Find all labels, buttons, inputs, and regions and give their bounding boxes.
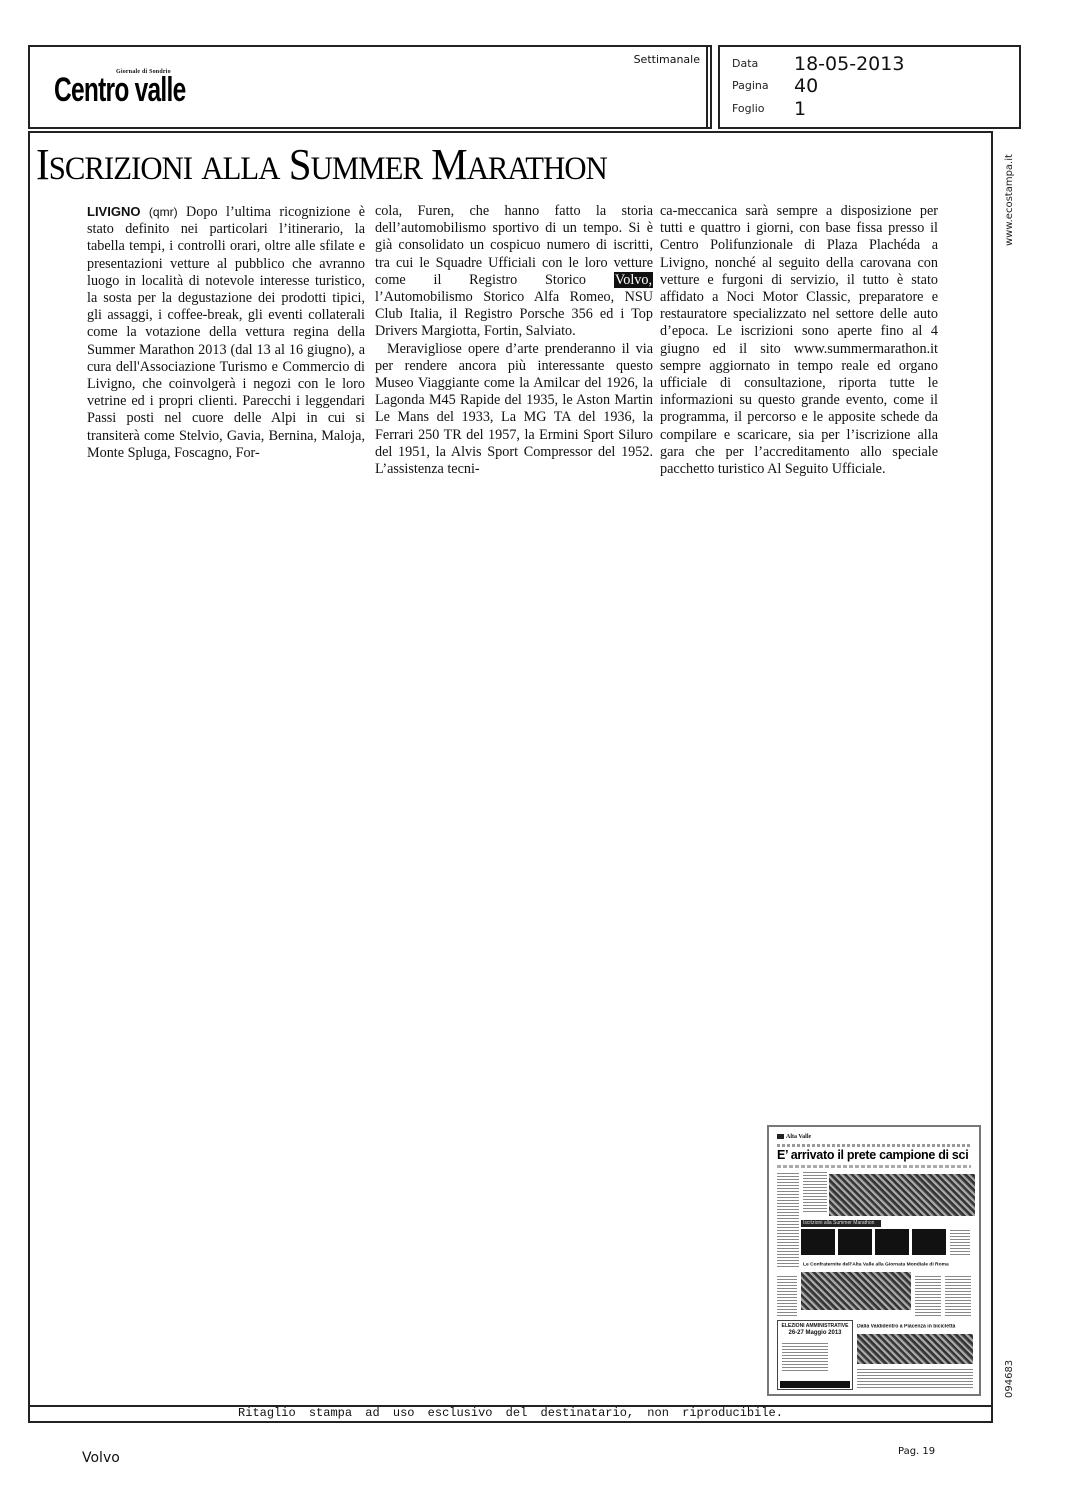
thumbnail-text-block	[803, 1172, 827, 1212]
column-text: ca-meccanica sarà sempre a disposizione …	[660, 203, 938, 477]
divider	[706, 47, 708, 127]
page-number: Pag. 19	[898, 1446, 935, 1457]
headline-part: SCRIZIONI	[49, 151, 192, 187]
article-column-1: LIVIGNO (qmr) Dopo l’ultima ricognizione…	[87, 203, 365, 462]
newspaper-logo: Giornale di Sondrio Centro valle	[54, 73, 237, 107]
article-column-2: cola, Furen, che hanno fatto la storia d…	[375, 203, 653, 478]
thumbnail-dark-block	[838, 1229, 872, 1255]
thumbnail-dark-block	[875, 1229, 909, 1255]
meta-value: 40	[794, 75, 818, 97]
thumbnail-text-block	[915, 1274, 941, 1316]
meta-label: Pagina	[732, 79, 792, 92]
thumbnail-text-block	[777, 1172, 799, 1267]
meta-value: 1	[794, 98, 806, 120]
thumbnail-text-block	[782, 1341, 828, 1371]
headline-part: M	[431, 140, 466, 189]
thumbnail-article-label: Iscrizioni alla Summer Marathon	[801, 1220, 881, 1227]
column-text: l’Automobilismo Storico Alfa Romeo, NSU …	[375, 289, 653, 339]
highlighted-keyword: Volvo,	[614, 272, 653, 288]
thumbnail-photo	[829, 1174, 975, 1216]
thumbnail-photo	[857, 1334, 973, 1364]
dateline: LIVIGNO	[87, 204, 140, 219]
thumbnail-elections-date: 26-27 Maggio 2013	[778, 1330, 852, 1337]
column-text: cola, Furen, che hanno fatto la storia d…	[375, 203, 653, 288]
search-keyword: Volvo	[82, 1450, 120, 1466]
article-column-3: ca-meccanica sarà sempre a disposizione …	[660, 203, 938, 478]
headline-part: ALLA	[201, 151, 279, 187]
thumbnail-dark-block	[780, 1381, 850, 1388]
thumbnail-text-block	[777, 1274, 797, 1316]
masthead-box: Giornale di Sondrio Centro valle Settima…	[28, 45, 712, 129]
thumbnail-elections-box: ELEZIONI AMMINISTRATIVE 26-27 Maggio 201…	[777, 1320, 853, 1390]
copyright-notice: Ritaglio stampa ad uso esclusivo del des…	[30, 1405, 991, 1421]
thumbnail-section-title: Dalla Valdidentro a Piacenza in biciclet…	[857, 1324, 955, 1329]
page-thumbnail: Alta Valle E’ arrivato il prete campione…	[767, 1125, 981, 1396]
agency-tag: (qmr)	[149, 205, 178, 219]
thumbnail-text-block	[857, 1368, 973, 1388]
publication-meta-box: Data 18-05-2013 Pagina 40 Foglio 1	[718, 45, 1021, 129]
headline-part: S	[289, 140, 311, 189]
headline-part: ARATHON	[467, 151, 607, 187]
thumbnail-kicker	[777, 1144, 971, 1147]
logo-title: Centro valle	[54, 73, 185, 107]
article-headline: ISCRIZIONI ALLA SUMMER MARATHON	[36, 143, 607, 187]
thumbnail-subtitle	[777, 1165, 971, 1168]
column-text: Meravigliose opere d’arte prenderanno il…	[375, 341, 653, 477]
source-url: www.ecostampa.it	[1004, 154, 1015, 246]
headline-part: I	[36, 140, 49, 189]
meta-label: Data	[732, 57, 792, 70]
thumbnail-section-title: Le Confraternite dell’Alta Valle alla Gi…	[803, 1262, 949, 1267]
clipping-code: 094683	[1004, 1360, 1015, 1398]
thumbnail-text-block	[945, 1274, 971, 1316]
thumbnail-dark-block	[801, 1229, 835, 1255]
column-text: Dopo l’ultima ricognizione è stato defin…	[87, 204, 365, 461]
footer-frame: Ritaglio stampa ad uso esclusivo del des…	[28, 1405, 993, 1423]
meta-label: Foglio	[732, 102, 792, 115]
thumbnail-photo	[801, 1272, 911, 1310]
thumbnail-elections-title: ELEZIONI AMMINISTRATIVE	[778, 1323, 852, 1330]
thumbnail-text-block	[950, 1229, 970, 1255]
headline-part: UMMER	[311, 151, 422, 187]
thumbnail-masthead: Alta Valle	[777, 1134, 811, 1140]
thumbnail-title: E’ arrivato il prete campione di sci	[777, 1148, 968, 1162]
thumbnail-dark-block	[912, 1229, 946, 1255]
publication-frequency: Settimanale	[634, 53, 700, 66]
meta-value: 18-05-2013	[794, 53, 904, 75]
